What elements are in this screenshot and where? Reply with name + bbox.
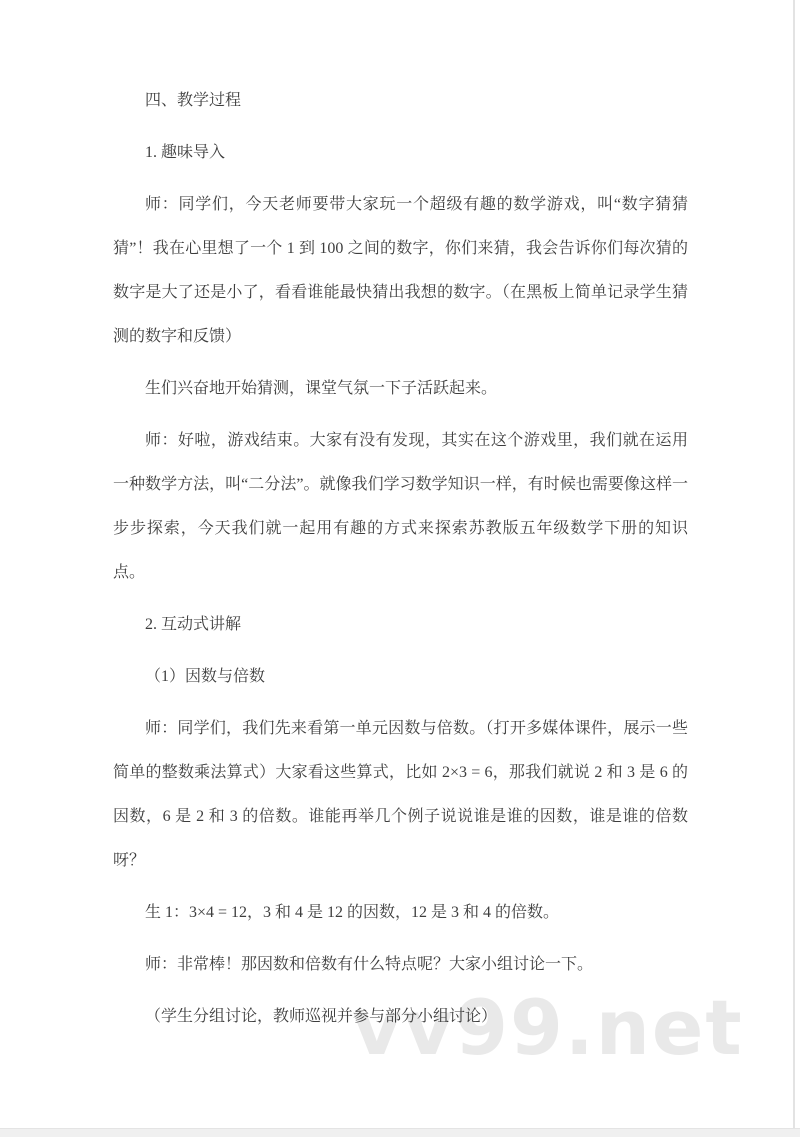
paragraph-group-discussion-note: （学生分组讨论，教师巡视并参与部分小组讨论） [113, 995, 688, 1039]
section-heading-teaching-process: 四、教学过程 [113, 79, 688, 123]
subsection-heading-factors-multiples: （1）因数与倍数 [113, 655, 688, 699]
paragraph-teacher-praise-discussion: 师：非常棒！那因数和倍数有什么特点呢？大家小组讨论一下。 [113, 943, 688, 987]
page-right-edge-divider [793, 0, 795, 1137]
paragraph-student1-example: 生 1：3×4 = 12，3 和 4 是 12 的因数，12 是 3 和 4 的… [113, 891, 688, 935]
subsection-heading-fun-intro: 1. 趣味导入 [113, 131, 688, 175]
subsection-heading-interactive-explanation: 2. 互动式讲解 [113, 603, 688, 647]
paragraph-students-guessing: 生们兴奋地开始猜测，课堂气氛一下子活跃起来。 [113, 367, 688, 411]
paragraph-teacher-bisection-method: 师：好啦，游戏结束。大家有没有发现，其实在这个游戏里，我们就在运用一种数学方法，… [113, 419, 688, 595]
document-page: vv99.net 四、教学过程 1. 趣味导入 师：同学们，今天老师要带大家玩一… [0, 0, 800, 1137]
paragraph-teacher-game-intro: 师：同学们，今天老师要带大家玩一个超级有趣的数学游戏，叫“数字猜猜猜”！我在心里… [113, 183, 688, 359]
document-body: 四、教学过程 1. 趣味导入 师：同学们，今天老师要带大家玩一个超级有趣的数学游… [113, 79, 688, 1047]
page-bottom-band [0, 1128, 800, 1137]
paragraph-teacher-factors-explanation: 师：同学们，我们先来看第一单元因数与倍数。（打开多媒体课件，展示一些简单的整数乘… [113, 707, 688, 883]
